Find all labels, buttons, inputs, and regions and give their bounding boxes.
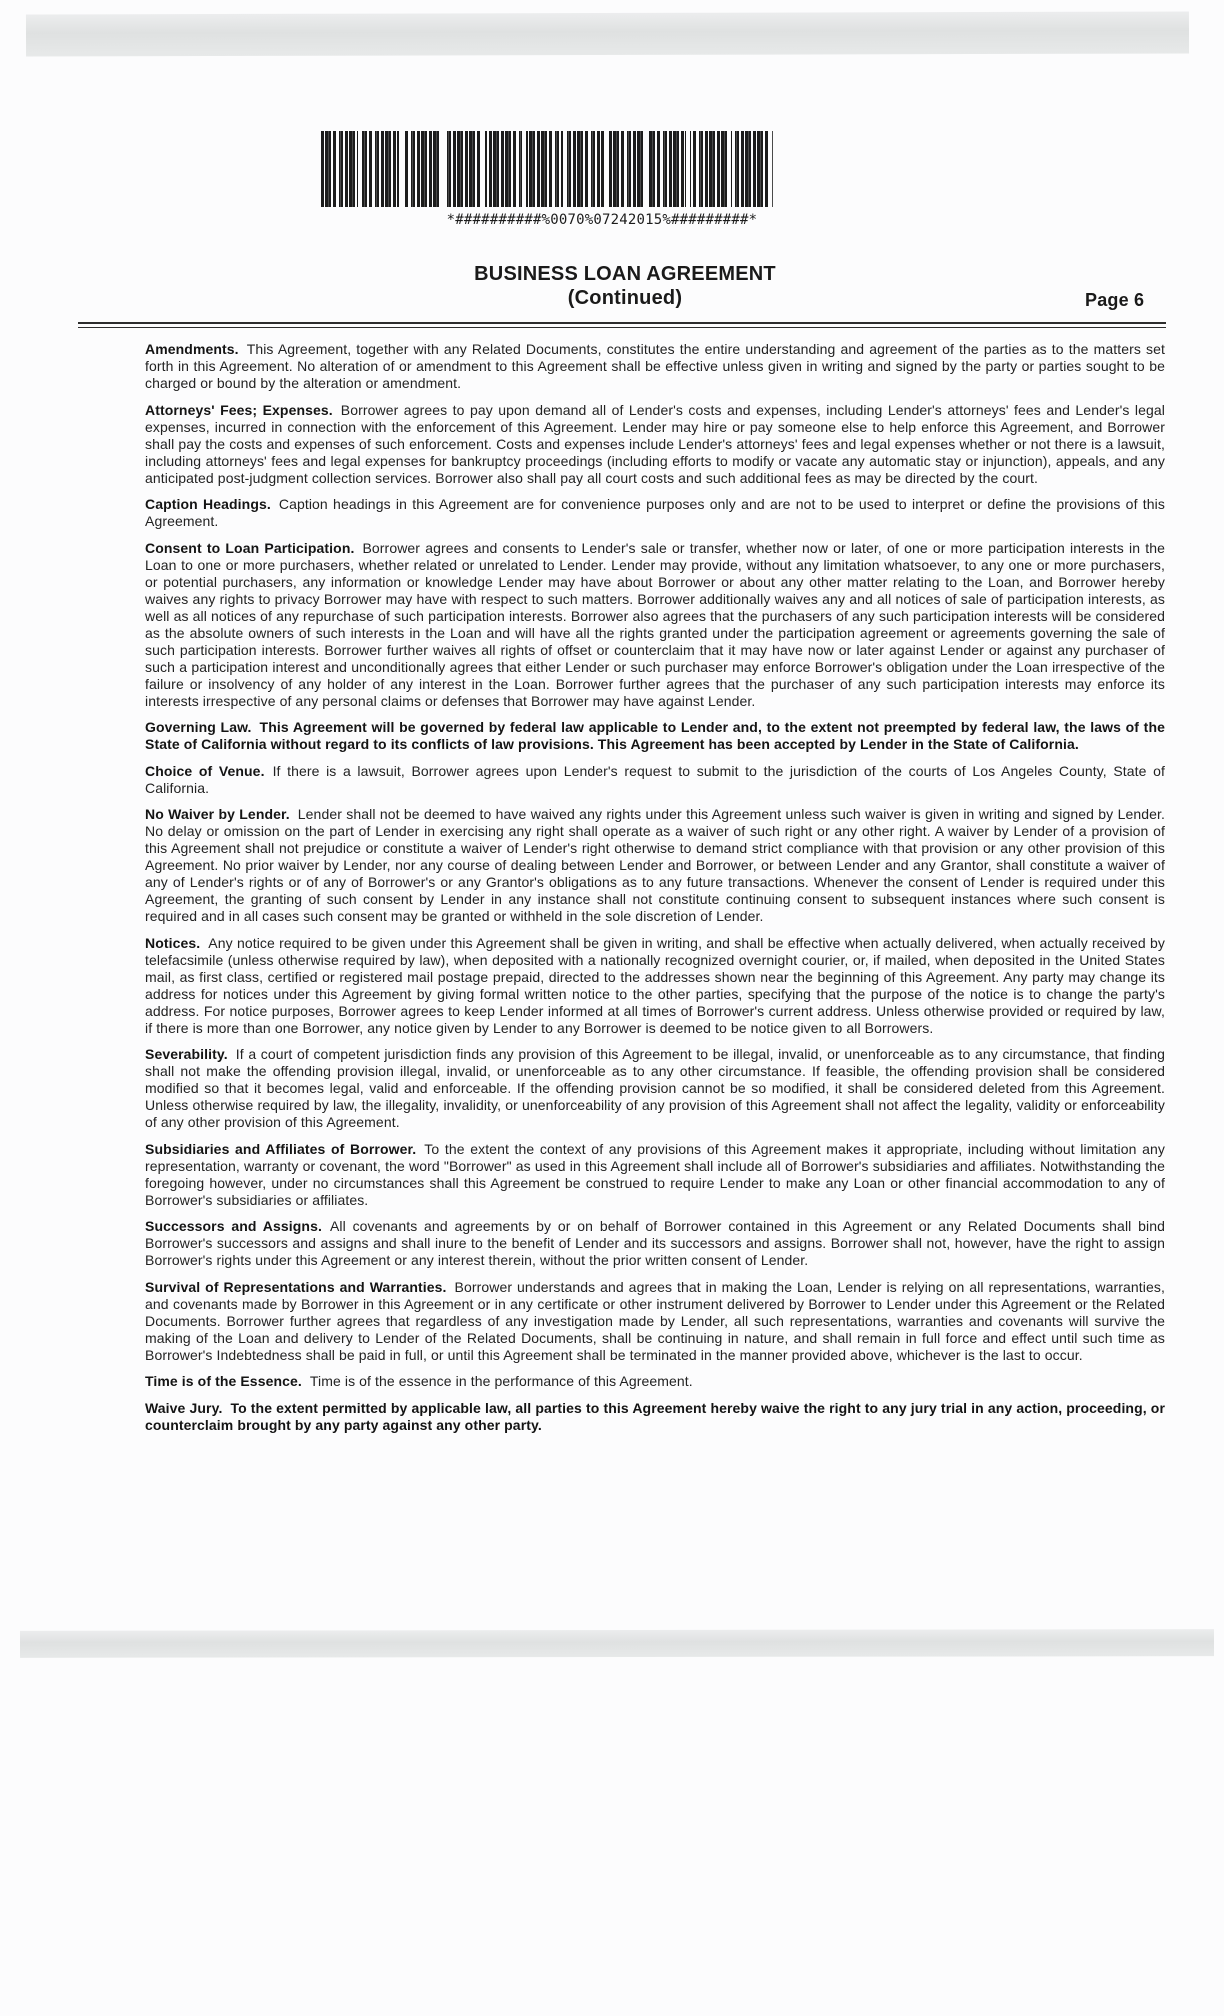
section-heading: Survival of Representations and Warranti… <box>145 1279 455 1295</box>
section-heading: Attorneys' Fees; Expenses. <box>145 402 341 418</box>
agreement-body: Amendments.This Agreement, together with… <box>145 341 1165 1443</box>
section-waive-jury: Waive Jury.To the extent permitted by ap… <box>145 1400 1165 1434</box>
section-body: Any notice required to be given under th… <box>145 935 1165 1036</box>
section-survival-of-representations: Survival of Representations and Warranti… <box>145 1279 1165 1364</box>
section-successors-and-assigns: Successors and Assigns.All covenants and… <box>145 1218 1165 1269</box>
section-heading: Governing Law. <box>145 719 260 735</box>
section-body: If a court of competent jurisdiction fin… <box>145 1046 1165 1130</box>
document-title-line2: (Continued) <box>120 286 1130 310</box>
section-body: This Agreement, together with any Relate… <box>145 341 1165 391</box>
section-body: Lender shall not be deemed to have waive… <box>145 806 1165 924</box>
document-title: BUSINESS LOAN AGREEMENT (Continued) <box>120 262 1130 310</box>
section-heading: Successors and Assigns. <box>145 1218 330 1234</box>
section-subsidiaries-and-affiliates: Subsidiaries and Affiliates of Borrower.… <box>145 1141 1165 1209</box>
section-heading: Caption Headings. <box>145 496 279 512</box>
section-heading: Notices. <box>145 935 208 951</box>
section-time-is-of-the-essence: Time is of the Essence.Time is of the es… <box>145 1373 1165 1390</box>
section-choice-of-venue: Choice of Venue.If there is a lawsuit, B… <box>145 763 1165 797</box>
section-body: Time is of the essence in the performanc… <box>310 1373 693 1389</box>
section-heading: Subsidiaries and Affiliates of Borrower. <box>145 1141 424 1157</box>
section-notices: Notices.Any notice required to be given … <box>145 935 1165 1037</box>
section-body: If there is a lawsuit, Borrower agrees u… <box>145 763 1165 796</box>
header-divider-rule <box>78 322 1166 328</box>
section-attorneys-fees-expenses: Attorneys' Fees; Expenses.Borrower agree… <box>145 402 1165 487</box>
barcode-label: *##########%0070%07242015%#########* <box>402 212 802 228</box>
section-severability: Severability.If a court of competent jur… <box>145 1046 1165 1131</box>
scan-artifact-bar-bottom <box>20 1629 1214 1658</box>
section-heading: Severability. <box>145 1046 236 1062</box>
section-amendments: Amendments.This Agreement, together with… <box>145 341 1165 392</box>
section-heading: Consent to Loan Participation. <box>145 540 362 556</box>
page-number-label: Page 6 <box>1085 290 1144 311</box>
document-title-line1: BUSINESS LOAN AGREEMENT <box>120 262 1130 286</box>
section-no-waiver-by-lender: No Waiver by Lender.Lender shall not be … <box>145 806 1165 925</box>
section-body: This Agreement will be governed by feder… <box>145 719 1165 752</box>
section-body: Caption headings in this Agreement are f… <box>145 496 1165 529</box>
section-body: To the extent permitted by applicable la… <box>145 1400 1165 1433</box>
scanned-document-page: { "barcode": { "label": "*##########%007… <box>0 0 1224 2016</box>
section-heading: Waive Jury. <box>145 1400 230 1416</box>
section-heading: Time is of the Essence. <box>145 1373 310 1389</box>
section-heading: No Waiver by Lender. <box>145 806 298 822</box>
section-heading: Choice of Venue. <box>145 763 273 779</box>
section-governing-law: Governing Law.This Agreement will be gov… <box>145 719 1165 753</box>
barcode-image <box>321 131 773 207</box>
section-body: Borrower agrees and consents to Lender's… <box>145 540 1165 709</box>
scan-artifact-bar-top <box>26 11 1189 56</box>
section-caption-headings: Caption Headings.Caption headings in thi… <box>145 496 1165 530</box>
section-heading: Amendments. <box>145 341 247 357</box>
section-consent-to-loan-participation: Consent to Loan Participation.Borrower a… <box>145 540 1165 710</box>
